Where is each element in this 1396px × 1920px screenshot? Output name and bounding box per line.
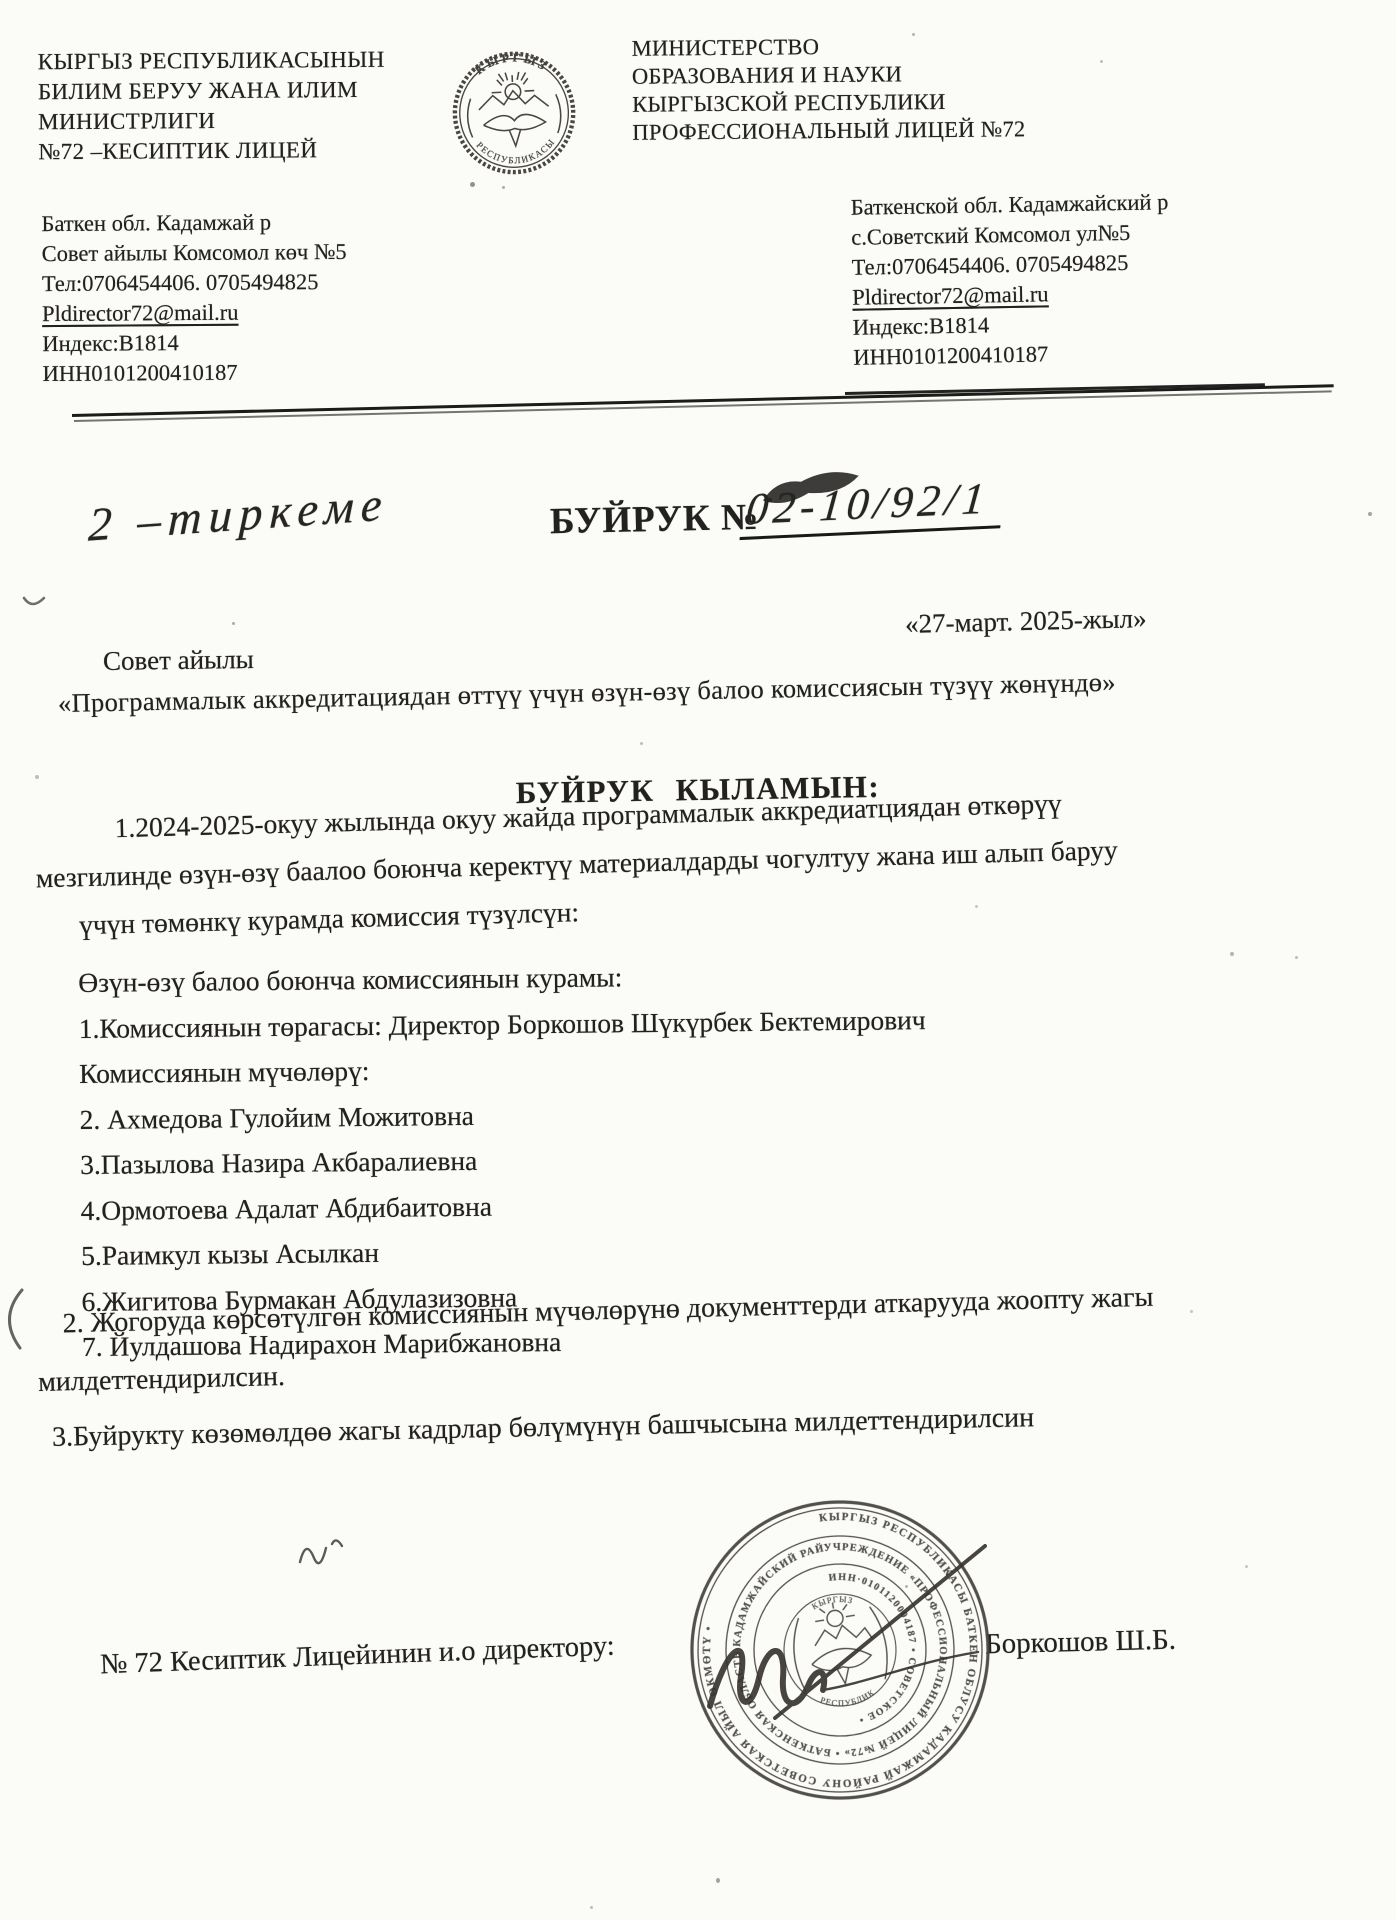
org-name-line: МИНИСТРЛИГИ bbox=[38, 105, 385, 137]
scan-speck bbox=[1245, 1565, 1248, 1568]
org-name-kyrgyz: КЫРГЫЗ РЕСПУБЛИКАСЫНЫН БИЛИМ БЕРУУ ЖАНА … bbox=[38, 45, 386, 167]
scan-speck bbox=[232, 622, 235, 625]
address-line: Баткен обл. Кадамжай р bbox=[41, 207, 346, 239]
scan-speck bbox=[502, 186, 505, 189]
scan-speck bbox=[912, 33, 915, 36]
org-name-line: ПРОФЕССИОНАЛЬНЫЙ ЛИЦЕЙ №72 bbox=[632, 115, 1025, 146]
pen-scribble bbox=[296, 1530, 350, 1574]
annex-handwritten-note: 2 –тиркеме bbox=[87, 477, 389, 552]
index-line: Индекс:В1814 bbox=[42, 327, 347, 359]
order-place: Совет айылы bbox=[103, 644, 254, 677]
address-line: Совет айылы Комсомол көч №5 bbox=[42, 237, 347, 269]
org-name-line: КЫРГЫЗСКОЙ РЕСПУБЛИКИ bbox=[632, 87, 1025, 118]
order-subject: «Программалык аккредитациядан өттүү үчүн… bbox=[58, 661, 1388, 719]
scan-speck bbox=[590, 1906, 593, 1909]
paragraph-3: 3.Буйрукту көзөмөлдөө жагы кадрлар бөлүм… bbox=[52, 1402, 1035, 1454]
scan-speck bbox=[716, 1878, 720, 1883]
contact-block-kyrgyz: Баткен обл. Кадамжай р Совет айылы Комсо… bbox=[41, 207, 347, 389]
org-name-line: КЫРГЫЗ РЕСПУБЛИКАСЫНЫН bbox=[38, 45, 385, 77]
email-text: Pldirector72@mail.ru bbox=[42, 297, 347, 329]
kyrgyz-emblem-icon: КЫРГЫЗ РЕСПУБЛИКАСЫ bbox=[447, 43, 582, 182]
inn-line: ИНН0101200410187 bbox=[42, 357, 347, 389]
margin-check-mark bbox=[22, 594, 48, 614]
scan-speck bbox=[640, 742, 643, 745]
org-name-line: №72 –КЕСИПТИК ЛИЦЕЙ bbox=[38, 135, 385, 167]
scan-speck bbox=[905, 1585, 908, 1588]
order-number-handwritten: 02-10/92/1 bbox=[739, 472, 1005, 540]
svg-text:РЕСПУБЛИКАСЫ: РЕСПУБЛИКАСЫ bbox=[474, 136, 558, 168]
org-name-line: ОБРАЗОВАНИЯ И НАУКИ bbox=[632, 59, 1025, 90]
phone-line: Тел:0706454406. 0705494825 bbox=[852, 247, 1170, 283]
scanned-order-document: КЫРГЫЗ РЕСПУБЛИКАСЫНЫН БИЛИМ БЕРУУ ЖАНА … bbox=[0, 0, 1396, 1920]
org-name-russian: МИНИСТЕРСТВО ОБРАЗОВАНИЯ И НАУКИ КЫРГЫЗС… bbox=[632, 31, 1026, 146]
margin-paren-mark bbox=[2, 1288, 28, 1350]
scan-speck bbox=[975, 905, 978, 908]
inn-line: ИНН0101200410187 bbox=[853, 337, 1171, 373]
scan-speck bbox=[470, 182, 475, 187]
emblem-bottom-text: РЕСПУБЛИКАСЫ bbox=[474, 136, 558, 168]
header-divider-line-2 bbox=[74, 390, 1332, 421]
org-name-line: МИНИСТЕРСТВО bbox=[632, 31, 1025, 62]
contact-block-russian: Баткенской обл. Кадамжайский р с.Советск… bbox=[850, 187, 1171, 373]
scan-speck bbox=[1190, 1310, 1193, 1313]
scan-speck bbox=[1295, 956, 1298, 959]
scan-speck bbox=[35, 775, 39, 779]
header-divider-line bbox=[72, 384, 1334, 417]
director-signature bbox=[560, 1500, 1160, 1820]
order-title-label: БУЙРУК № bbox=[550, 496, 760, 543]
signature-role-line: № 72 Кесиптик Лицейинин и.о директору: bbox=[100, 1631, 616, 1682]
org-name-line: БИЛИМ БЕРУУ ЖАНА ИЛИМ bbox=[38, 75, 385, 107]
scan-speck bbox=[1230, 952, 1234, 956]
scan-speck bbox=[1100, 60, 1103, 63]
order-date: «27-март. 2025-жыл» bbox=[905, 603, 1147, 640]
commission-chairman: 1.Комиссиянын төрагасы: Директор Боркошо… bbox=[78, 997, 925, 1051]
phone-line: Тел:0706454406. 0705494825 bbox=[42, 267, 347, 299]
scan-speck bbox=[1368, 512, 1372, 516]
